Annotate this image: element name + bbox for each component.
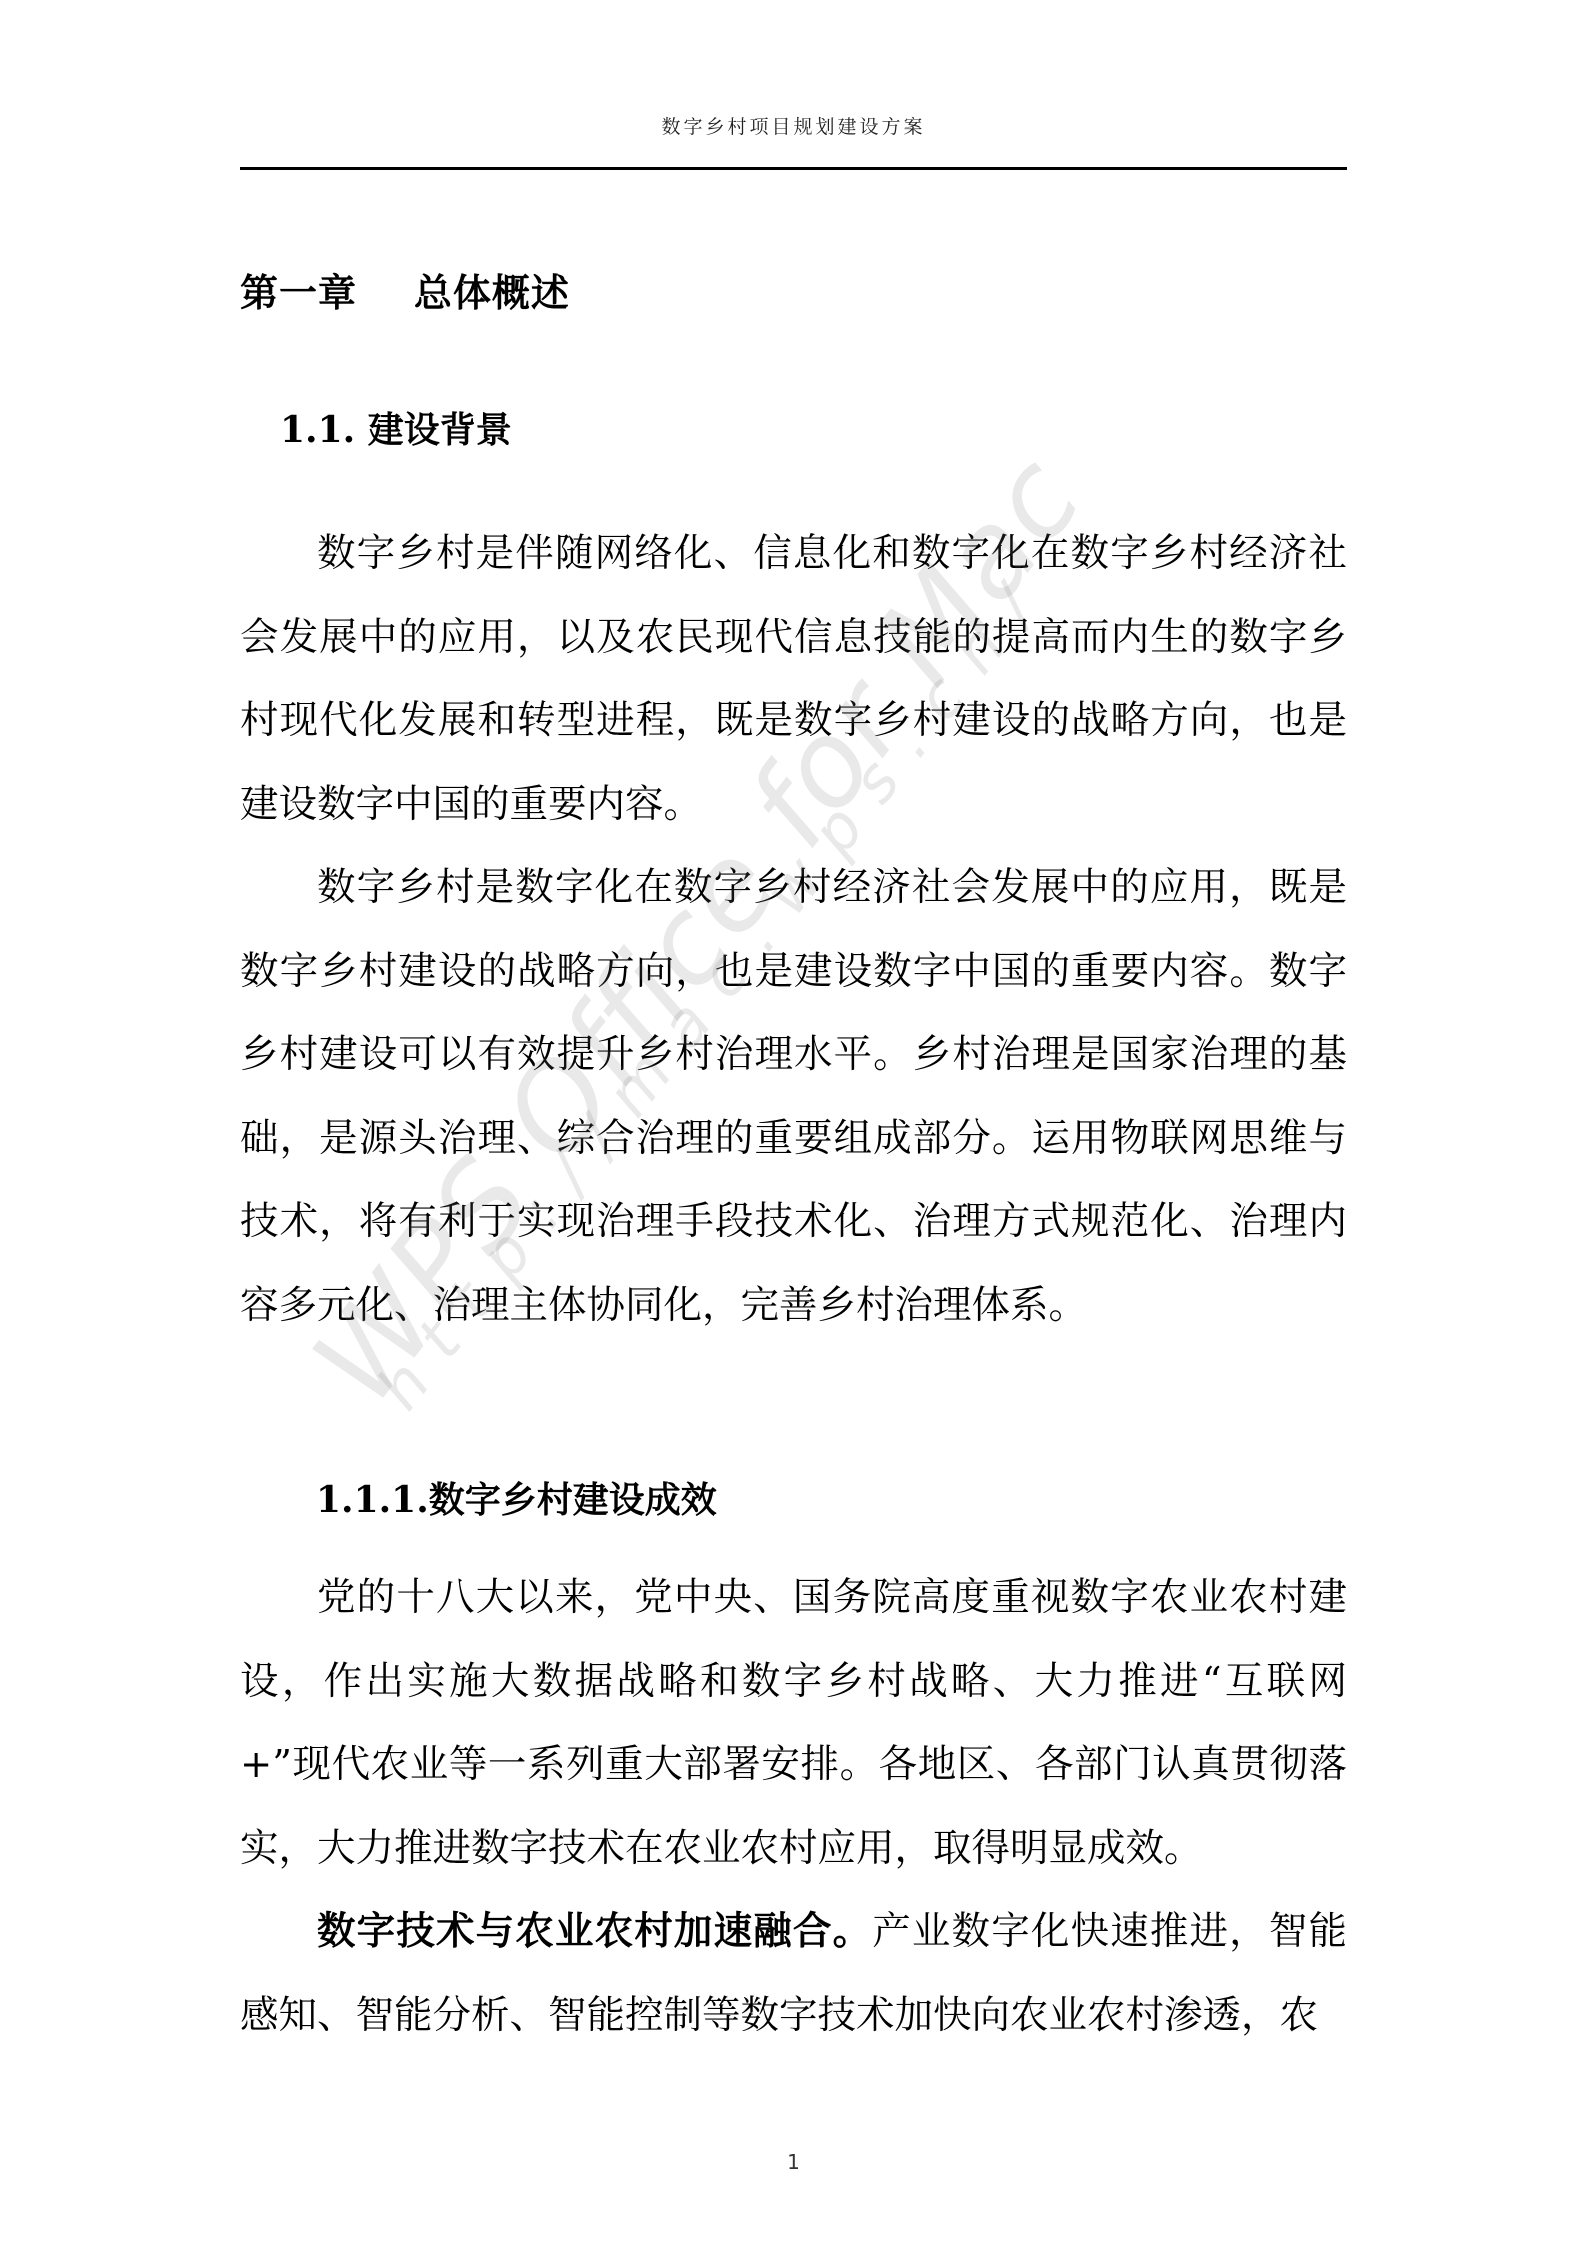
running-header-title: 数字乡村项目规划建设方案	[240, 112, 1347, 139]
chapter-title: 第一章 总体概述	[240, 262, 570, 317]
paragraph-fusion: 数字技术与农业农村加速融合。产业数字化快速推进，智能感知、智能分析、智能控制等数…	[240, 1890, 1347, 2057]
paragraph-lead-bold: 数字技术与农业农村加速融合。	[317, 1909, 872, 1954]
subsection-title: 1.1.1.数字乡村建设成效	[316, 1472, 717, 1523]
section-title: 1.1. 建设背景	[280, 402, 512, 453]
paragraph-achievements: 党的十八大以来，党中央、国务院高度重视数字农业农村建设，作出实施大数据战略和数字…	[240, 1556, 1347, 1890]
document-page: 数字乡村项目规划建设方案 第一章 总体概述 1.1. 建设背景 数字乡村是伴随网…	[0, 0, 1586, 2244]
paragraph-background-1: 数字乡村是伴随网络化、信息化和数字化在数字乡村经济社会发展中的应用，以及农民现代…	[240, 512, 1347, 846]
paragraph-background-2: 数字乡村是数字化在数字乡村经济社会发展中的应用，既是数字乡村建设的战略方向，也是…	[240, 846, 1347, 1347]
header-divider	[240, 167, 1347, 170]
page-number: 1	[240, 2150, 1347, 2174]
